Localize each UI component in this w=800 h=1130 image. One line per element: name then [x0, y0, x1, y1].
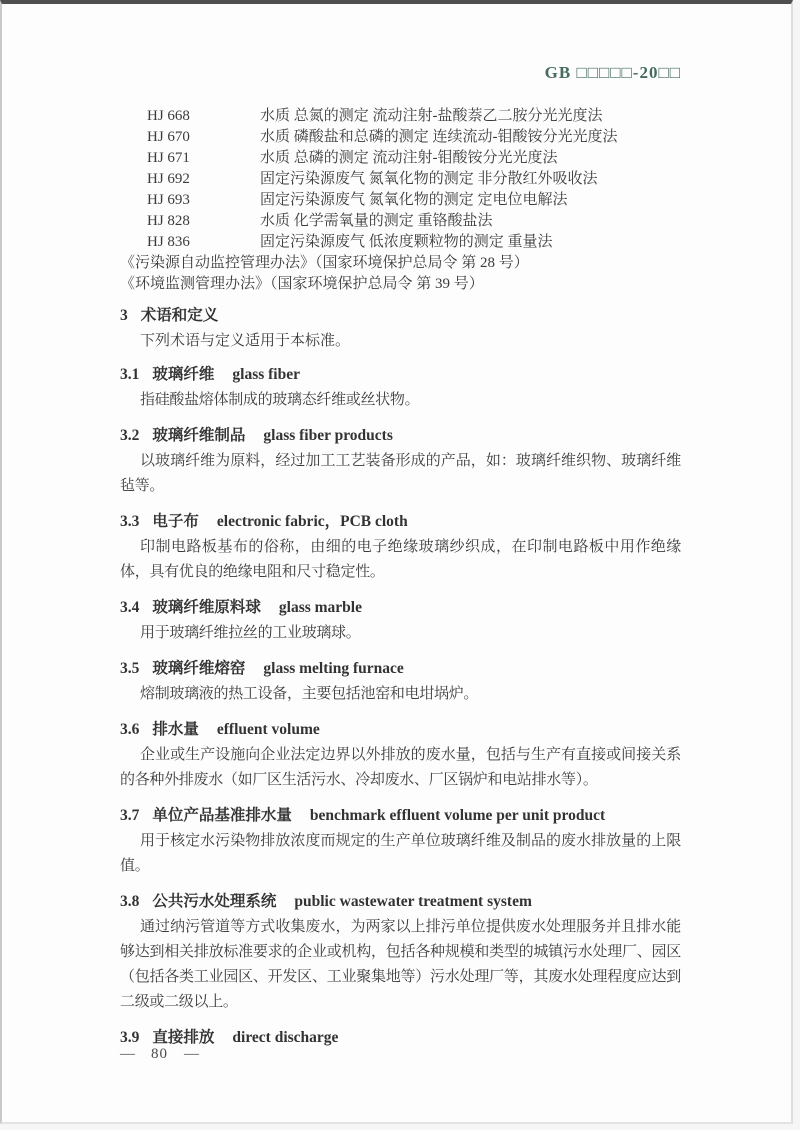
term-name-chinese: 玻璃纤维熔窑 [152, 660, 245, 677]
regulation-row: 《环境监测管理办法》（国家环境保护总局令 第 39 号） [120, 274, 681, 295]
term-number: 3.4 [120, 599, 139, 616]
term-number: 3.1 [120, 366, 139, 383]
term-heading: 3.9直接排放direct discharge [120, 1027, 681, 1049]
standard-title: 水质 总磷的测定 流动注射-钼酸铵分光光度法 [260, 150, 558, 166]
standard-row: HJ 671水质 总磷的测定 流动注射-钼酸铵分光光度法 [120, 148, 681, 169]
term-heading: 3.8公共污水处理系统public wastewater treatment s… [120, 891, 681, 913]
standard-code: HJ 671 [147, 148, 260, 169]
term-name-chinese: 排水量 [152, 721, 199, 738]
term-heading: 3.1玻璃纤维glass fiber [120, 364, 681, 386]
term-heading: 3.3电子布electronic fabric，PCB cloth [120, 511, 681, 533]
document-content: HJ 668水质 总氮的测定 流动注射-盐酸萘乙二胺分光光度法HJ 670水质 … [120, 106, 681, 1049]
footer-right-dash: — [184, 1044, 199, 1064]
term-definition: 通过纳污管道等方式收集废水，为两家以上排污单位提供废水处理服务并且排水能够达到相… [120, 915, 681, 1015]
term-block: 3.2玻璃纤维制品glass fiber products以玻璃纤维为原料，经过… [120, 425, 681, 499]
term-name-chinese: 单位产品基准排水量 [152, 807, 292, 824]
term-number: 3.7 [120, 807, 139, 824]
standard-row: HJ 670水质 磷酸盐和总磷的测定 连续流动-钼酸铵分光光度法 [120, 127, 681, 148]
term-block: 3.8公共污水处理系统public wastewater treatment s… [120, 891, 681, 1015]
term-definition: 以玻璃纤维为原料，经过加工工艺装备形成的产品，如：玻璃纤维织物、玻璃纤维毡等。 [120, 449, 681, 499]
term-name-english: glass fiber products [263, 427, 392, 444]
term-definition: 印制电路板基布的俗称，由细的电子绝缘玻璃纱织成，在印制电路板中用作绝缘体，具有优… [120, 535, 681, 585]
term-heading: 3.4玻璃纤维原料球glass marble [120, 597, 681, 619]
standard-row: HJ 836固定污染源废气 低浓度颗粒物的测定 重量法 [120, 232, 681, 253]
document-page: GB □□□□□-20□□ HJ 668水质 总氮的测定 流动注射-盐酸萘乙二胺… [0, 0, 793, 1124]
term-heading: 3.6排水量effluent volume [120, 719, 681, 741]
standard-code-header: GB □□□□□-20□□ [2, 62, 681, 84]
term-name-chinese: 玻璃纤维 [152, 366, 214, 383]
standard-title: 水质 总氮的测定 流动注射-盐酸萘乙二胺分光光度法 [260, 108, 603, 124]
section-3-intro: 下列术语与定义适用于本标准。 [120, 331, 681, 352]
standard-title: 固定污染源废气 氮氧化物的测定 定电位电解法 [260, 192, 568, 208]
term-block: 3.6排水量effluent volume企业或生产设施向企业法定边界以外排放的… [120, 719, 681, 793]
standard-code: HJ 693 [147, 190, 260, 211]
standard-title: 水质 化学需氧量的测定 重铬酸盐法 [260, 213, 493, 229]
term-block: 3.4玻璃纤维原料球glass marble用于玻璃纤维拉丝的工业玻璃球。 [120, 597, 681, 646]
term-number: 3.8 [120, 893, 139, 910]
section-3-heading: 3术语和定义 [120, 305, 681, 327]
term-number: 3.5 [120, 660, 139, 677]
term-name-chinese: 电子布 [152, 513, 199, 530]
regulation-row: 《污染源自动监控管理办法》（国家环境保护总局令 第 28 号） [120, 253, 681, 274]
section-title: 术语和定义 [141, 307, 219, 324]
standard-row: HJ 828水质 化学需氧量的测定 重铬酸盐法 [120, 211, 681, 232]
terms-and-definitions-list: 3.1玻璃纤维glass fiber指硅酸盐熔体制成的玻璃态纤维或丝状物。3.2… [120, 364, 681, 1049]
page-number: 80 [151, 1044, 168, 1064]
term-heading: 3.2玻璃纤维制品glass fiber products [120, 425, 681, 447]
term-number: 3.6 [120, 721, 139, 738]
page-footer: —80— [120, 1044, 199, 1064]
term-heading: 3.7单位产品基准排水量benchmark effluent volume pe… [120, 805, 681, 827]
term-definition: 用于玻璃纤维拉丝的工业玻璃球。 [120, 621, 681, 646]
term-number: 3.3 [120, 513, 139, 530]
standard-row: HJ 668水质 总氮的测定 流动注射-盐酸萘乙二胺分光光度法 [120, 106, 681, 127]
term-name-english: glass fiber [232, 366, 300, 383]
standard-title: 固定污染源废气 低浓度颗粒物的测定 重量法 [260, 234, 553, 250]
term-block: 3.9直接排放direct discharge [120, 1027, 681, 1049]
term-heading: 3.5玻璃纤维熔窑glass melting furnace [120, 658, 681, 680]
term-definition: 企业或生产设施向企业法定边界以外排放的废水量，包括与生产有直接或间接关系的各种外… [120, 743, 681, 793]
term-name-chinese: 玻璃纤维制品 [152, 427, 245, 444]
standard-row: HJ 692固定污染源废气 氮氧化物的测定 非分散红外吸收法 [120, 169, 681, 190]
term-number: 3.2 [120, 427, 139, 444]
term-block: 3.3电子布electronic fabric，PCB cloth印制电路板基布… [120, 511, 681, 585]
standard-code: HJ 668 [147, 106, 260, 127]
standard-row: HJ 693固定污染源废气 氮氧化物的测定 定电位电解法 [120, 190, 681, 211]
term-definition: 熔制玻璃液的热工设备，主要包括池窑和电坩埚炉。 [120, 682, 681, 707]
term-name-english: electronic fabric，PCB cloth [217, 513, 408, 530]
referenced-standards-list: HJ 668水质 总氮的测定 流动注射-盐酸萘乙二胺分光光度法HJ 670水质 … [120, 106, 681, 253]
term-name-english: direct discharge [232, 1029, 338, 1046]
standard-code: HJ 670 [147, 127, 260, 148]
standard-code: HJ 692 [147, 169, 260, 190]
term-block: 3.5玻璃纤维熔窑glass melting furnace熔制玻璃液的热工设备… [120, 658, 681, 707]
standard-code: HJ 828 [147, 211, 260, 232]
referenced-regulations-list: 《污染源自动监控管理办法》（国家环境保护总局令 第 28 号）《环境监测管理办法… [120, 253, 681, 295]
term-name-chinese: 公共污水处理系统 [152, 893, 276, 910]
term-block: 3.7单位产品基准排水量benchmark effluent volume pe… [120, 805, 681, 879]
footer-left-dash: — [120, 1044, 135, 1064]
term-block: 3.1玻璃纤维glass fiber指硅酸盐熔体制成的玻璃态纤维或丝状物。 [120, 364, 681, 413]
term-definition: 指硅酸盐熔体制成的玻璃态纤维或丝状物。 [120, 388, 681, 413]
section-number: 3 [120, 307, 128, 324]
term-name-english: glass marble [279, 599, 362, 616]
standard-code: HJ 836 [147, 232, 260, 253]
term-name-chinese: 玻璃纤维原料球 [152, 599, 261, 616]
term-definition: 用于核定水污染物排放浓度而规定的生产单位玻璃纤维及制品的废水排放量的上限值。 [120, 829, 681, 879]
term-name-english: glass melting furnace [263, 660, 403, 677]
standard-title: 水质 磷酸盐和总磷的测定 连续流动-钼酸铵分光光度法 [260, 129, 618, 145]
term-name-english: effluent volume [217, 721, 320, 738]
term-name-english: public wastewater treatment system [294, 893, 531, 910]
term-name-english: benchmark effluent volume per unit produ… [310, 807, 605, 824]
standard-title: 固定污染源废气 氮氧化物的测定 非分散红外吸收法 [260, 171, 598, 187]
